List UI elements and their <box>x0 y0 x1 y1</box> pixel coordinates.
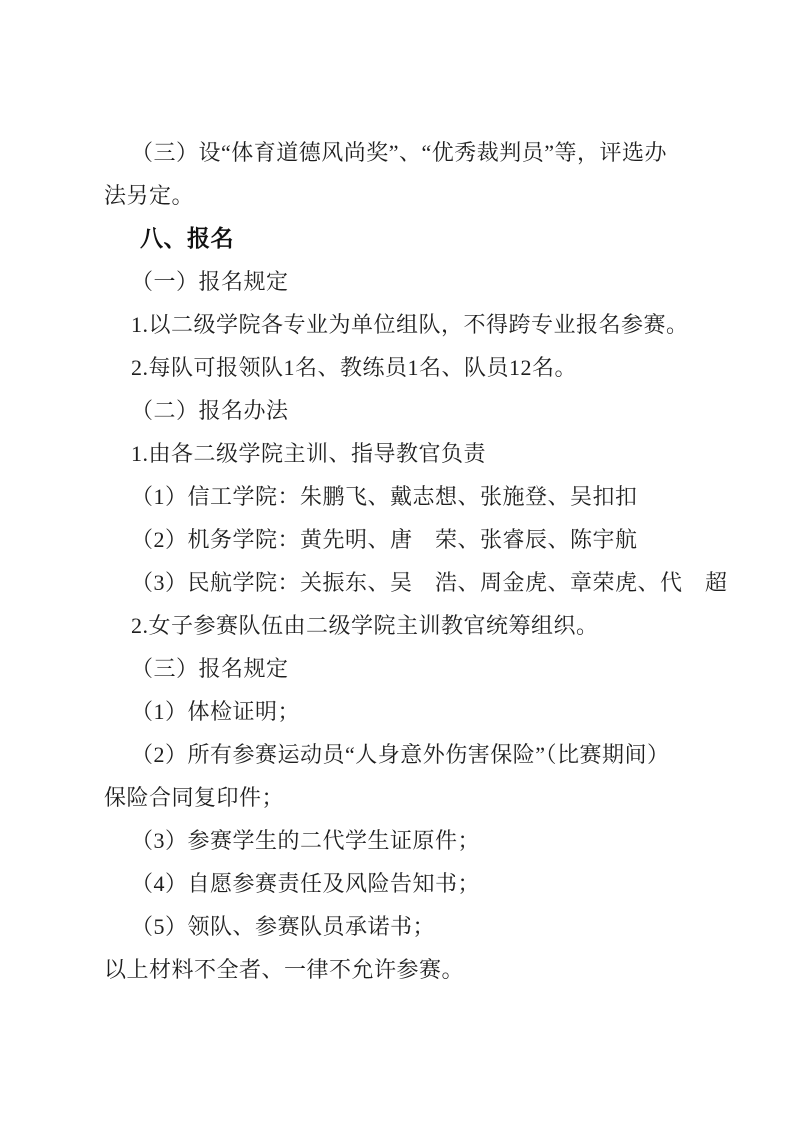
text-line: 保险合同复印件； <box>104 776 724 819</box>
text-line: （二）报名办法 <box>104 389 724 432</box>
text-line: （2）所有参赛运动员“人身意外伤害保险”（比赛期间） <box>104 733 724 776</box>
text-line: 以上材料不全者、一律不允许参赛。 <box>104 948 724 991</box>
text-line: 法另定。 <box>104 174 724 217</box>
text-line: （1）信工学院：朱鹏飞、戴志想、张施登、吴扣扣 <box>104 475 724 518</box>
text-line: （4）自愿参赛责任及风险告知书； <box>104 862 724 905</box>
text-line: （三）设“体育道德风尚奖”、“优秀裁判员”等，评选办 <box>104 131 724 174</box>
document-page: （三）设“体育道德风尚奖”、“优秀裁判员”等，评选办法另定。八、报名（一）报名规… <box>0 0 793 1122</box>
text-line: （一）报名规定 <box>104 260 724 303</box>
text-line: （3）民航学院：关振东、吴 浩、周金虎、章荣虎、代 超 <box>104 561 724 604</box>
text-line: 1.由各二级学院主训、指导教官负责 <box>104 432 724 475</box>
text-line: （2）机务学院：黄先明、唐 荣、张睿辰、陈宇航 <box>104 518 724 561</box>
section-heading: 八、报名 <box>104 217 724 260</box>
document-body: （三）设“体育道德风尚奖”、“优秀裁判员”等，评选办法另定。八、报名（一）报名规… <box>104 131 724 991</box>
text-line: （三）报名规定 <box>104 647 724 690</box>
text-line: 1.以二级学院各专业为单位组队，不得跨专业报名参赛。 <box>104 303 724 346</box>
text-line: （3）参赛学生的二代学生证原件； <box>104 819 724 862</box>
text-line: （1）体检证明； <box>104 690 724 733</box>
text-line: 2.每队可报领队1名、教练员1名、队员12名。 <box>104 346 724 389</box>
text-line: 2.女子参赛队伍由二级学院主训教官统筹组织。 <box>104 604 724 647</box>
text-line: （5）领队、参赛队员承诺书； <box>104 905 724 948</box>
